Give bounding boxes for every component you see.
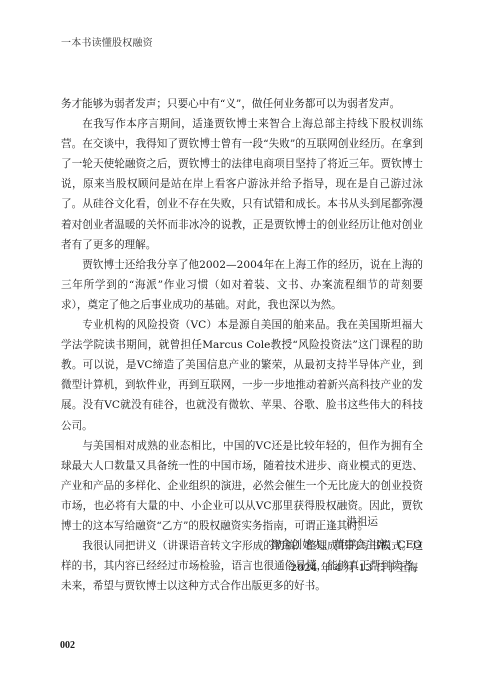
signature-title: 智合创始人、董事会主席、CEO xyxy=(222,534,422,557)
signature-date-place: 2024 年 4 月 13 日于上海 xyxy=(222,557,422,580)
paragraph-3: 贾钦博士还给我分享了他2002—2004年在上海工作的经历，说在上海的三年所学到… xyxy=(61,255,423,315)
paragraph-4: 专业机构的风险投资（VC）本是源自美国的舶来品。我在美国斯坦福大学法学院读书期间… xyxy=(61,315,423,436)
page-number: 002 xyxy=(60,640,75,651)
paragraph-2: 在我写作本序言期间，适逢贾钦博士来智合上海总部主持线下股权训练营。在交谈中，我得… xyxy=(61,114,423,255)
paragraph-1: 务才能够为弱者发声；只要心中有“义”，做任何业务都可以为弱者发声。 xyxy=(61,94,423,114)
running-head-title: 一本书读懂股权融资 xyxy=(61,34,153,49)
signature-block: 洪祖运 智合创始人、董事会主席、CEO 2024 年 4 月 13 日于上海 xyxy=(222,511,422,580)
signature-name: 洪祖运 xyxy=(222,511,422,534)
